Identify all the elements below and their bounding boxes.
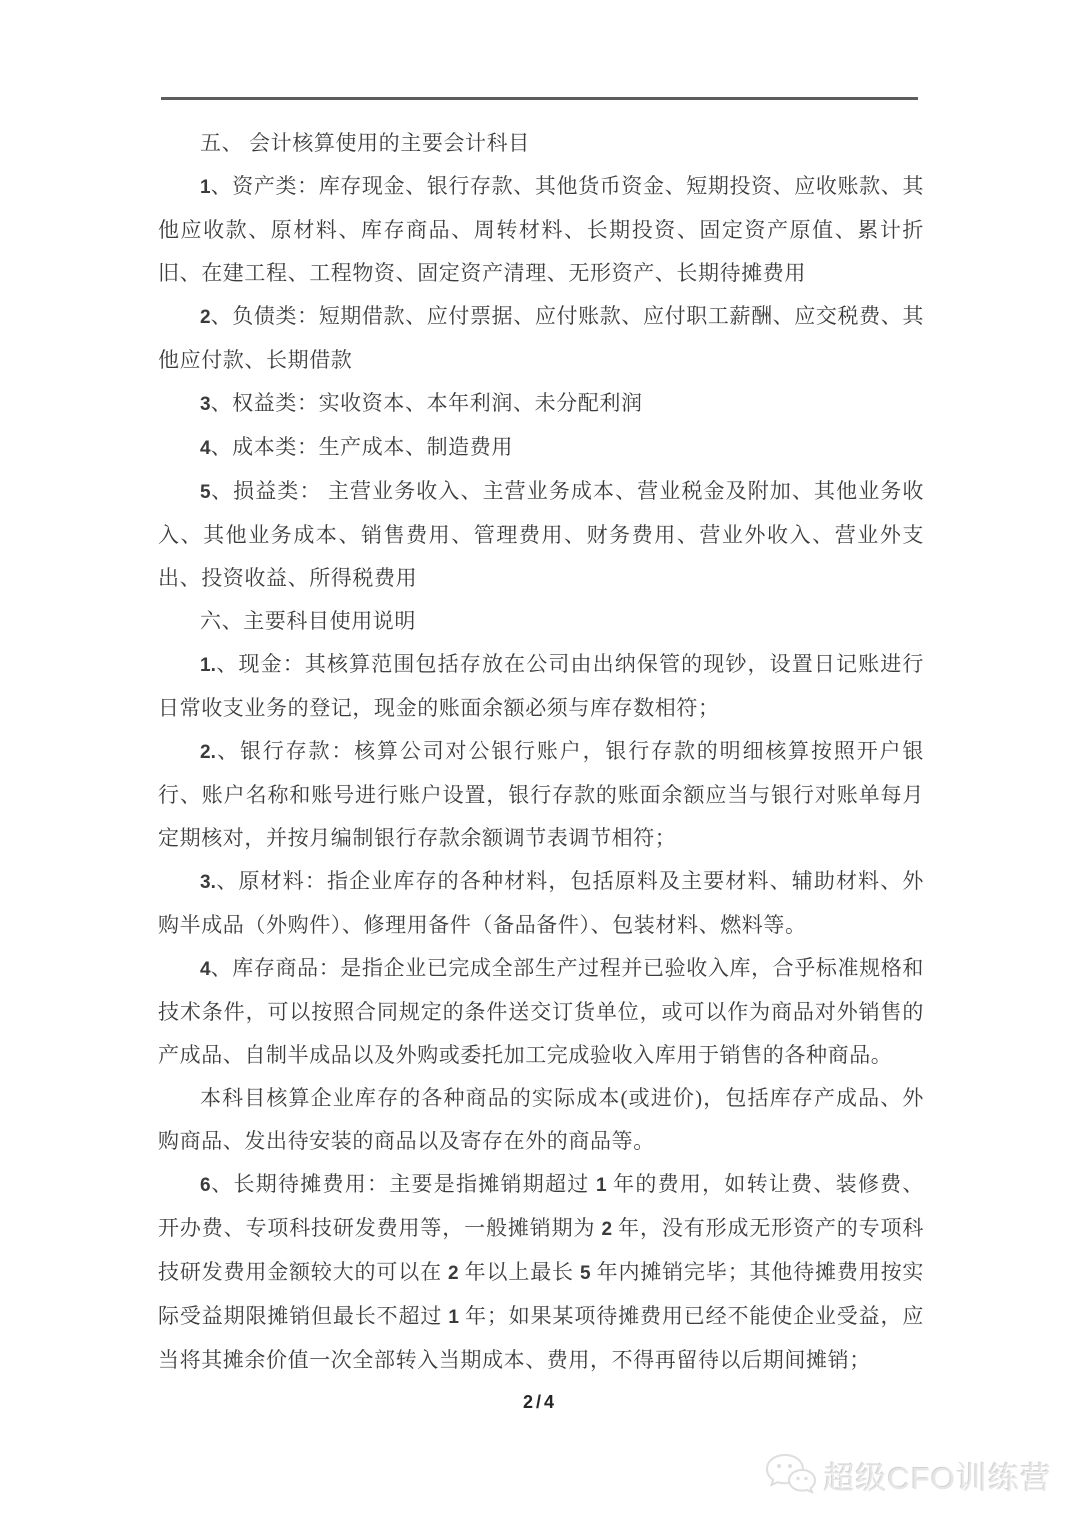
paragraph: 6、长期待摊费用：主要是指摊销期超过 1 年的费用，如转让费、装修费、开办费、专… bbox=[158, 1163, 924, 1382]
paragraph: 3、权益类：实收资本、本年利润、未分配利润 bbox=[158, 382, 924, 426]
paragraph: 4、成本类：生产成本、制造费用 bbox=[158, 426, 924, 470]
paragraph: 1、资产类：库存现金、银行存款、其他货币资金、短期投资、应收账款、其他应收款、原… bbox=[158, 165, 924, 295]
paragraph: 本科目核算企业库存的各种商品的实际成本(或进价)，包括库存产成品、外购商品、发出… bbox=[158, 1077, 924, 1163]
paragraph: 4、库存商品：是指企业已完成全部生产过程并已验收入库，合乎标准规格和技术条件，可… bbox=[158, 947, 924, 1077]
section-heading: 五、 会计核算使用的主要会计科目 bbox=[158, 122, 924, 165]
page-number: 2/4 bbox=[0, 1392, 1080, 1413]
header-divider bbox=[161, 97, 918, 100]
document-page: 五、 会计核算使用的主要会计科目 1、资产类：库存现金、银行存款、其他货币资金、… bbox=[0, 0, 1080, 1527]
document-body: 五、 会计核算使用的主要会计科目 1、资产类：库存现金、银行存款、其他货币资金、… bbox=[158, 122, 924, 1382]
paragraph: 5、损益类： 主营业务收入、主营业务成本、营业税金及附加、其他业务收入、其他业务… bbox=[158, 470, 924, 600]
paragraph: 3.、原材料：指企业库存的各种材料，包括原料及主要材料、辅助材料、外购半成品（外… bbox=[158, 860, 924, 947]
wechat-icon bbox=[764, 1452, 816, 1498]
paragraph: 2.、银行存款：核算公司对公银行账户，银行存款的明细核算按照开户银行、账户名称和… bbox=[158, 730, 924, 860]
paragraph: 2、负债类：短期借款、应付票据、应付账款、应付职工薪酬、应交税费、其他应付款、长… bbox=[158, 295, 924, 382]
brand-watermark: 超级CFO训练营 bbox=[764, 1452, 1052, 1498]
brand-name: 超级CFO训练营 bbox=[824, 1453, 1052, 1498]
paragraph: 1.、现金：其核算范围包括存放在公司由出纳保管的现钞，设置日记账进行日常收支业务… bbox=[158, 643, 924, 730]
section-heading: 六、主要科目使用说明 bbox=[158, 600, 924, 643]
